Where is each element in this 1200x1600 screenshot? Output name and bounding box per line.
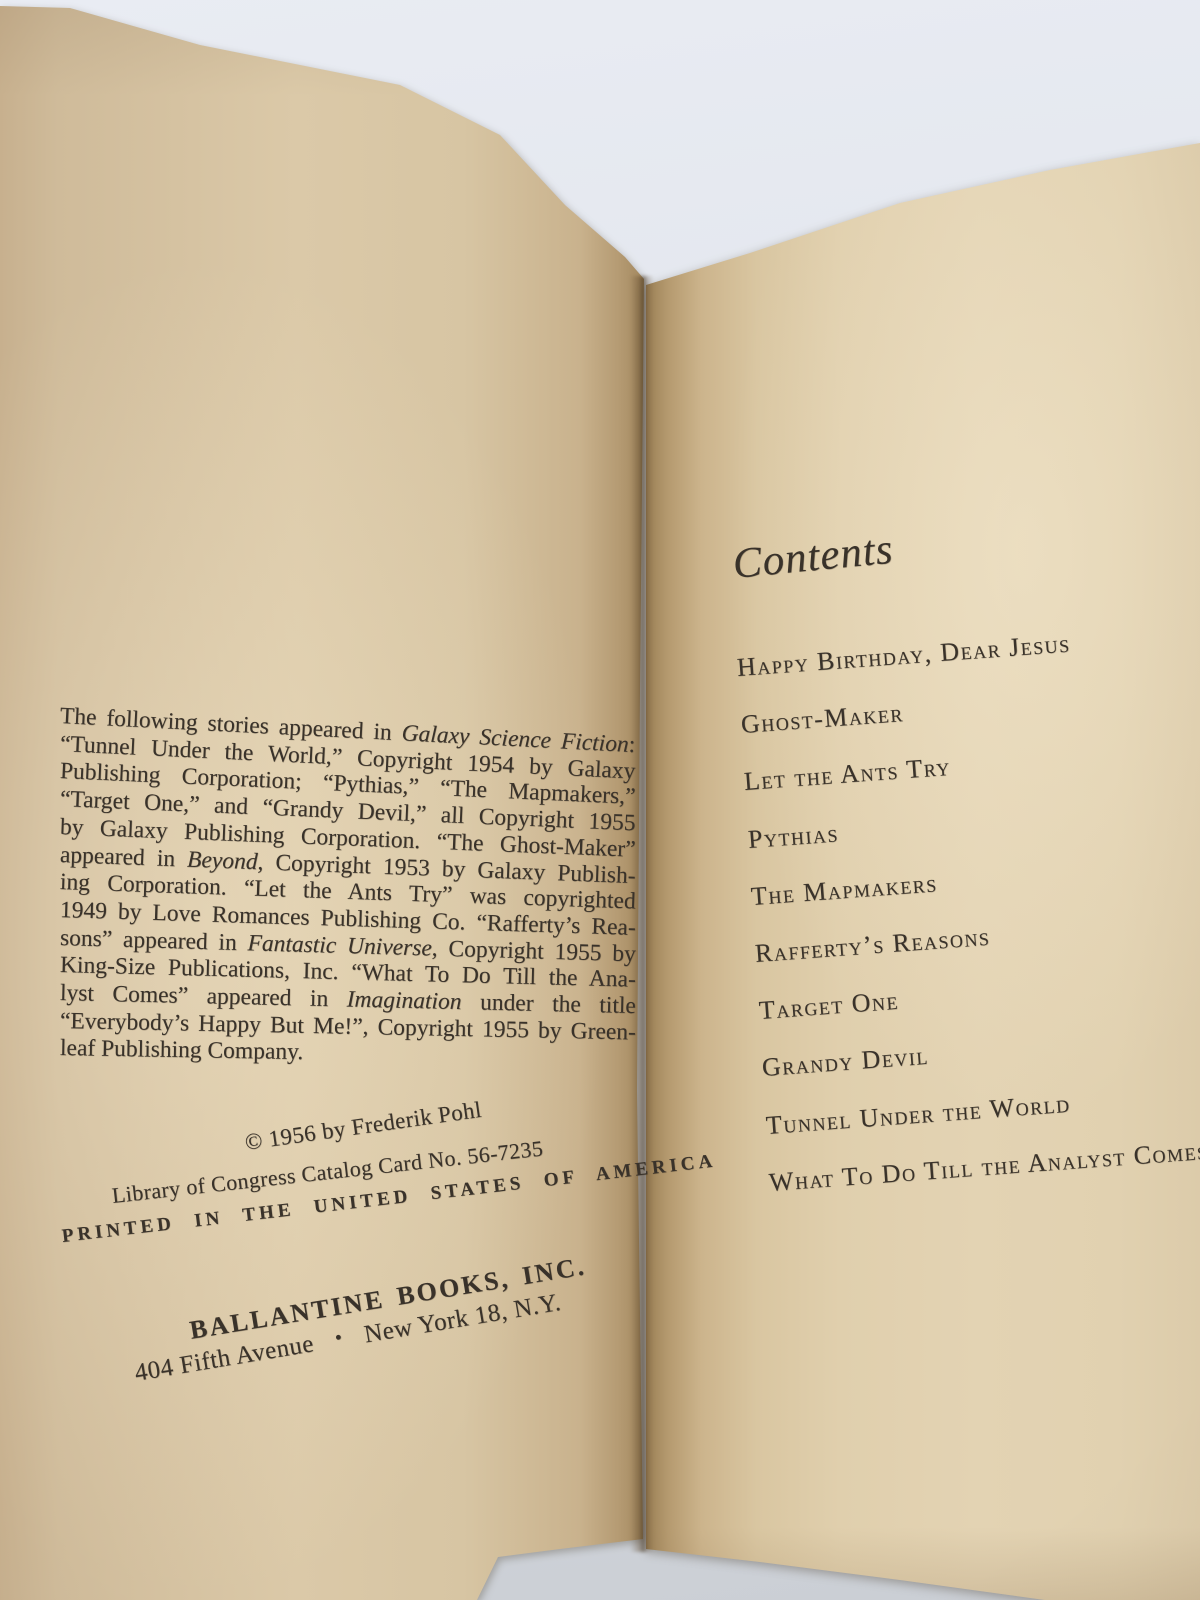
toc-item: Pythias: [747, 817, 840, 856]
bullet-separator-icon: •: [333, 1326, 344, 1350]
book-photo: The following stories appeared in Galaxy…: [0, 0, 1200, 1600]
